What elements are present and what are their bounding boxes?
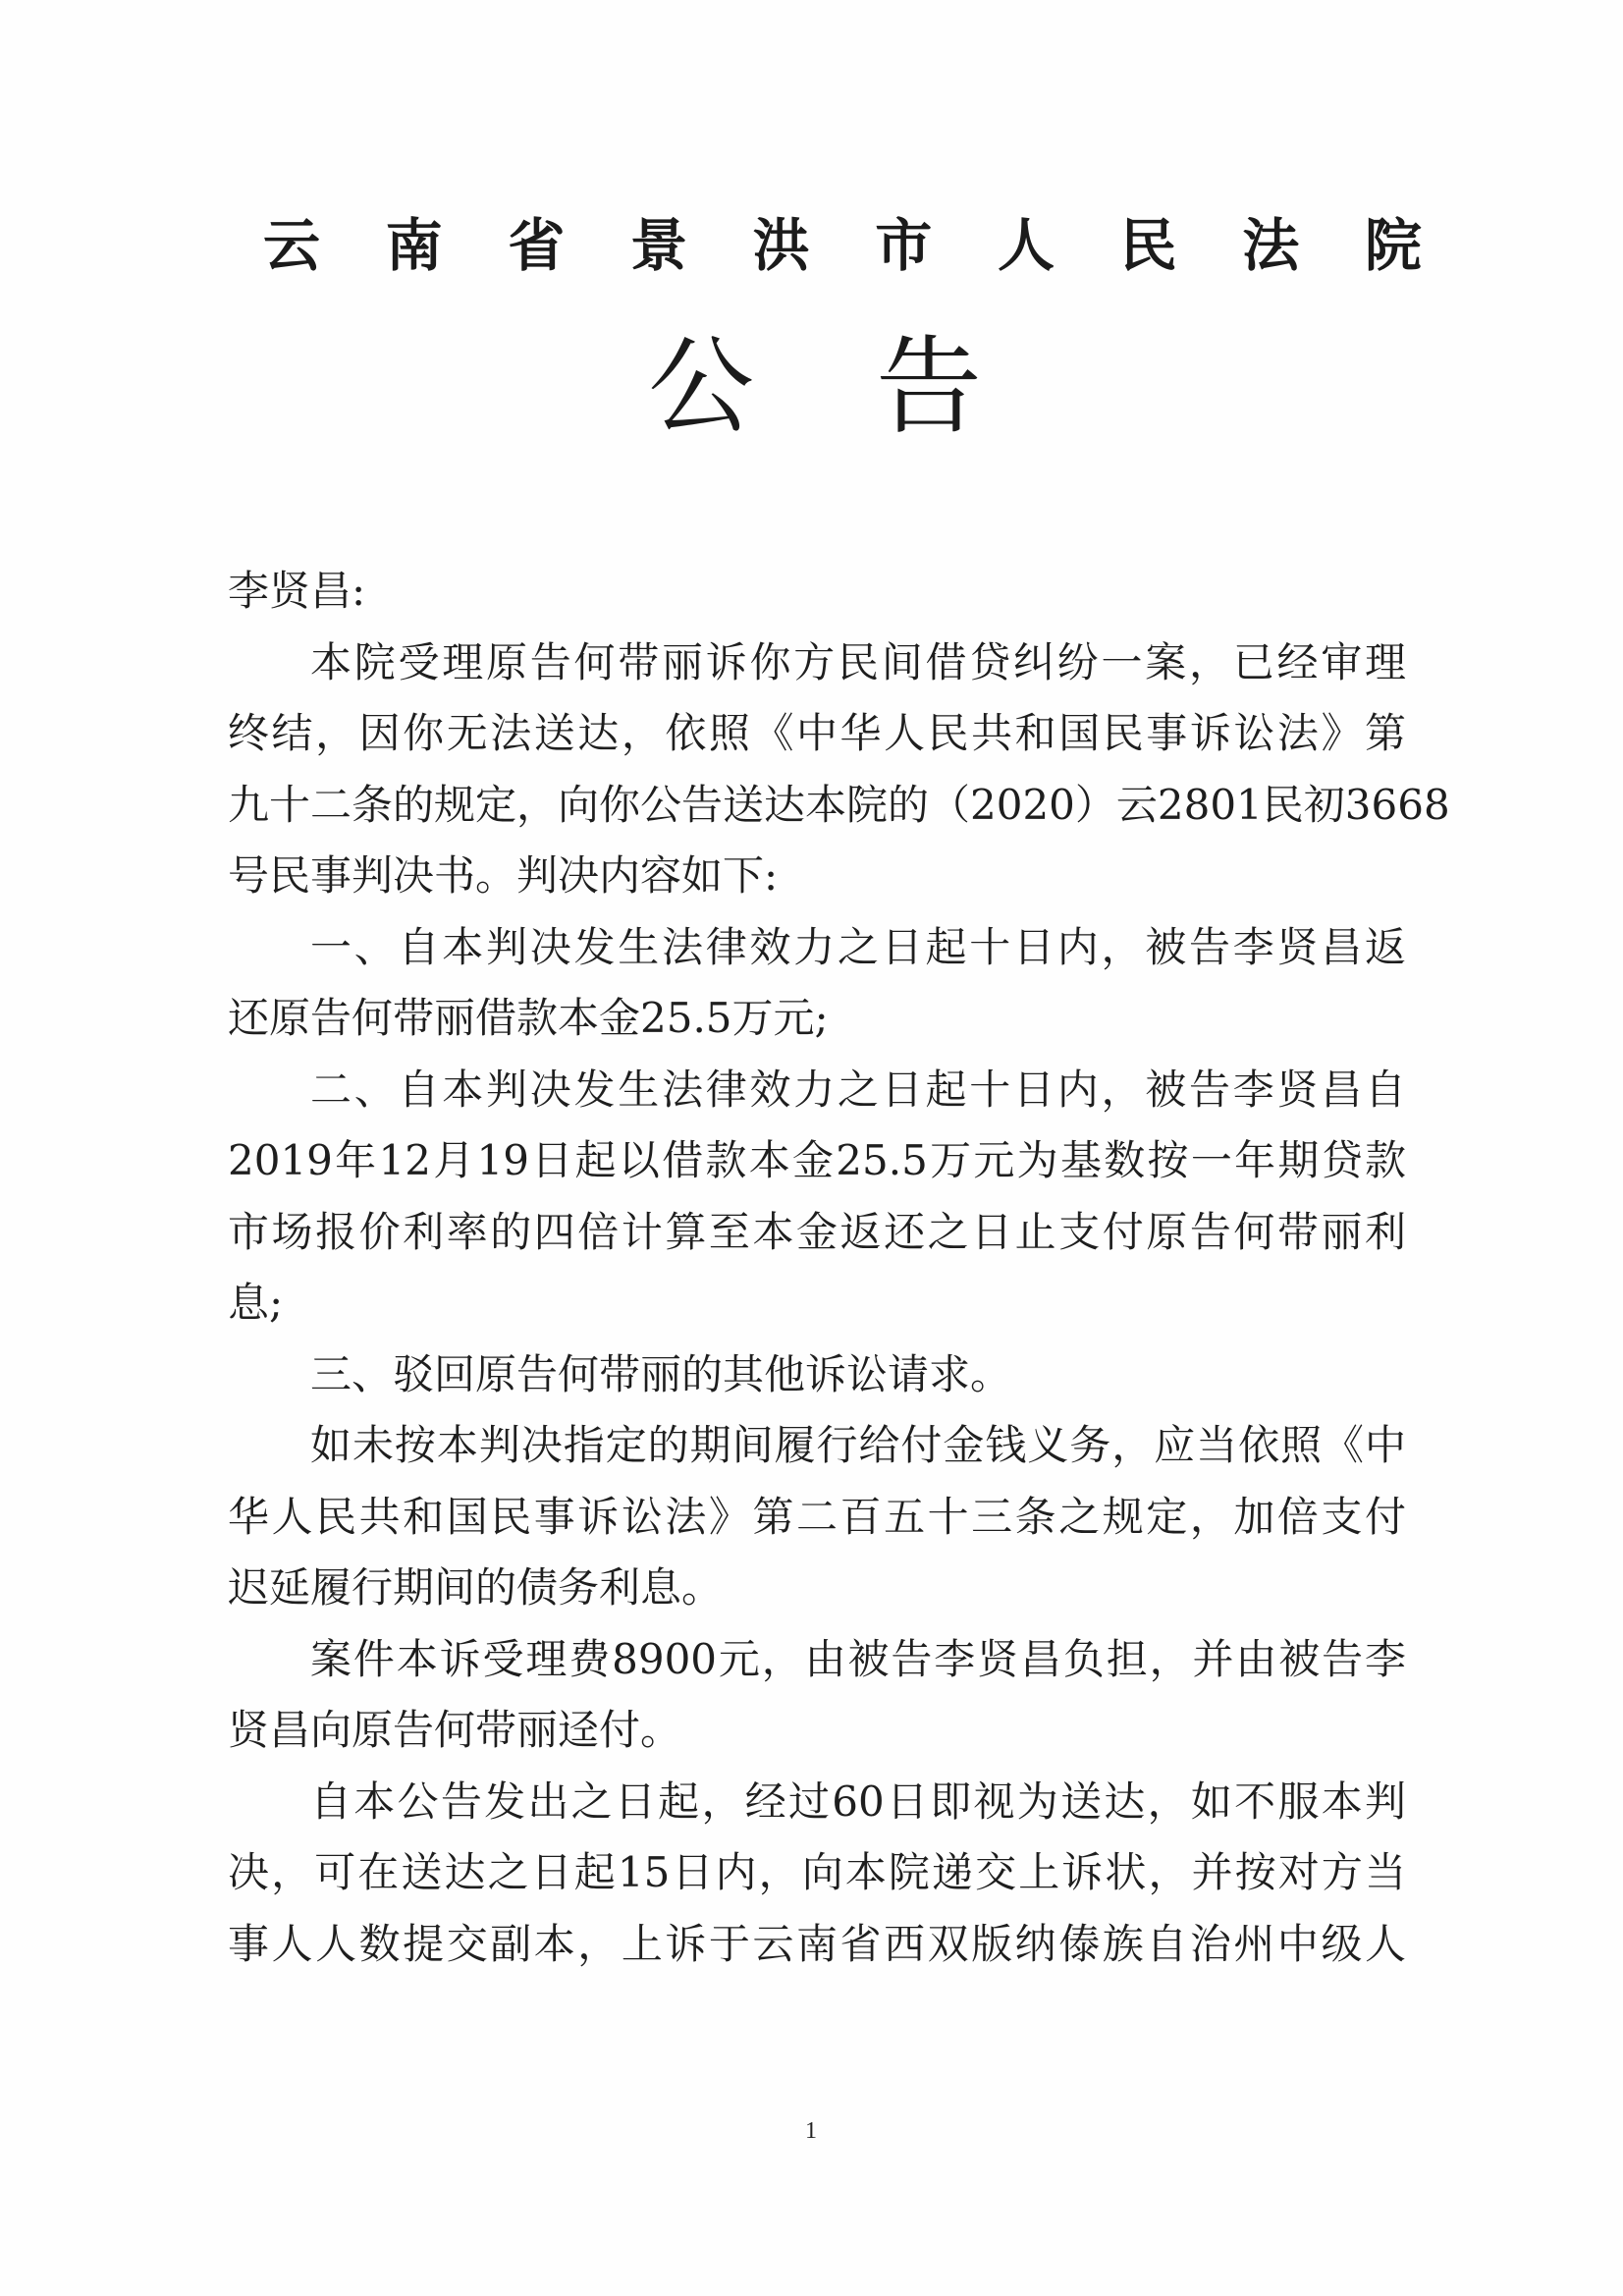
title-char: 告 [876,329,982,447]
late-payment-clause-line: 迟延履行期间的债务利息。 [228,1553,1406,1624]
judgment-item-2-line: 市场报价利率的四倍计算至本金返还之日止支付原告何带丽利 [228,1197,1406,1269]
late-payment-clause-line: 如未按本判决指定的期间履行给付金钱义务，应当依照《中 [228,1410,1406,1482]
judgment-item-1-line: 还原告何带丽借款本金25.5万元; [228,983,1406,1055]
document-page: 云 南 省 景 洪 市 人 民 法 院 公 告 李贤昌: 本院受理原告何带丽诉你… [0,0,1623,2296]
appeal-clause-line: 决，可在送达之日起15日内，向本院递交上诉状，并按对方当 [228,1837,1406,1909]
judgment-item-1-line: 一、自本判决发生法律效力之日起十日内，被告李贤昌返 [228,912,1406,984]
court-name-char: 院 [1365,211,1422,280]
court-name-char: 省 [508,211,565,280]
court-name-char: 民 [1120,211,1177,280]
page-number: 1 [801,2118,821,2145]
court-name-char: 景 [630,211,687,280]
court-name-char: 南 [386,211,443,280]
court-name-heading: 云 南 省 景 洪 市 人 民 法 院 [263,211,1422,280]
title-char: 公 [648,329,754,447]
addressee: 李贤昌: [228,556,1406,628]
paragraph-intro-line: 号民事判决书。判决内容如下: [228,841,1406,912]
court-name-char: 人 [998,211,1055,280]
paragraph-intro-line: 终结，因你无法送达，依照《中华人民共和国民事诉讼法》第 [228,698,1406,770]
court-name-char: 市 [875,211,932,280]
court-fee-clause-line: 贤昌向原告何带丽迳付。 [228,1695,1406,1767]
judgment-item-3-line: 三、驳回原告何带丽的其他诉讼请求。 [228,1339,1406,1411]
appeal-clause-line: 事人人数提交副本，上诉于云南省西双版纳傣族自治州中级人 [228,1909,1406,1981]
court-fee-clause-line: 案件本诉受理费8900元，由被告李贤昌负担，并由被告李 [228,1624,1406,1696]
late-payment-clause-line: 华人民共和国民事诉讼法》第二百五十三条之规定，加倍支付 [228,1482,1406,1554]
judgment-item-2-line: 2019年12月19日起以借款本金25.5万元为基数按一年期贷款 [228,1125,1406,1197]
judgment-item-2-line: 息; [228,1268,1406,1339]
judgment-item-2-line: 二、自本判决发生法律效力之日起十日内，被告李贤昌自 [228,1055,1406,1126]
court-name-char: 法 [1242,211,1299,280]
court-name-char: 云 [263,211,320,280]
document-body: 李贤昌: 本院受理原告何带丽诉你方民间借贷纠纷一案，已经审理 终结，因你无法送达… [228,556,1406,1980]
appeal-clause-line: 自本公告发出之日起，经过60日即视为送达，如不服本判 [228,1767,1406,1838]
paragraph-intro-line: 本院受理原告何带丽诉你方民间借贷纠纷一案，已经审理 [228,628,1406,699]
document-title: 公 告 [648,329,982,447]
court-name-char: 洪 [753,211,810,280]
paragraph-intro-line: 九十二条的规定，向你公告送达本院的（2020）云2801民初3668 [228,770,1406,842]
